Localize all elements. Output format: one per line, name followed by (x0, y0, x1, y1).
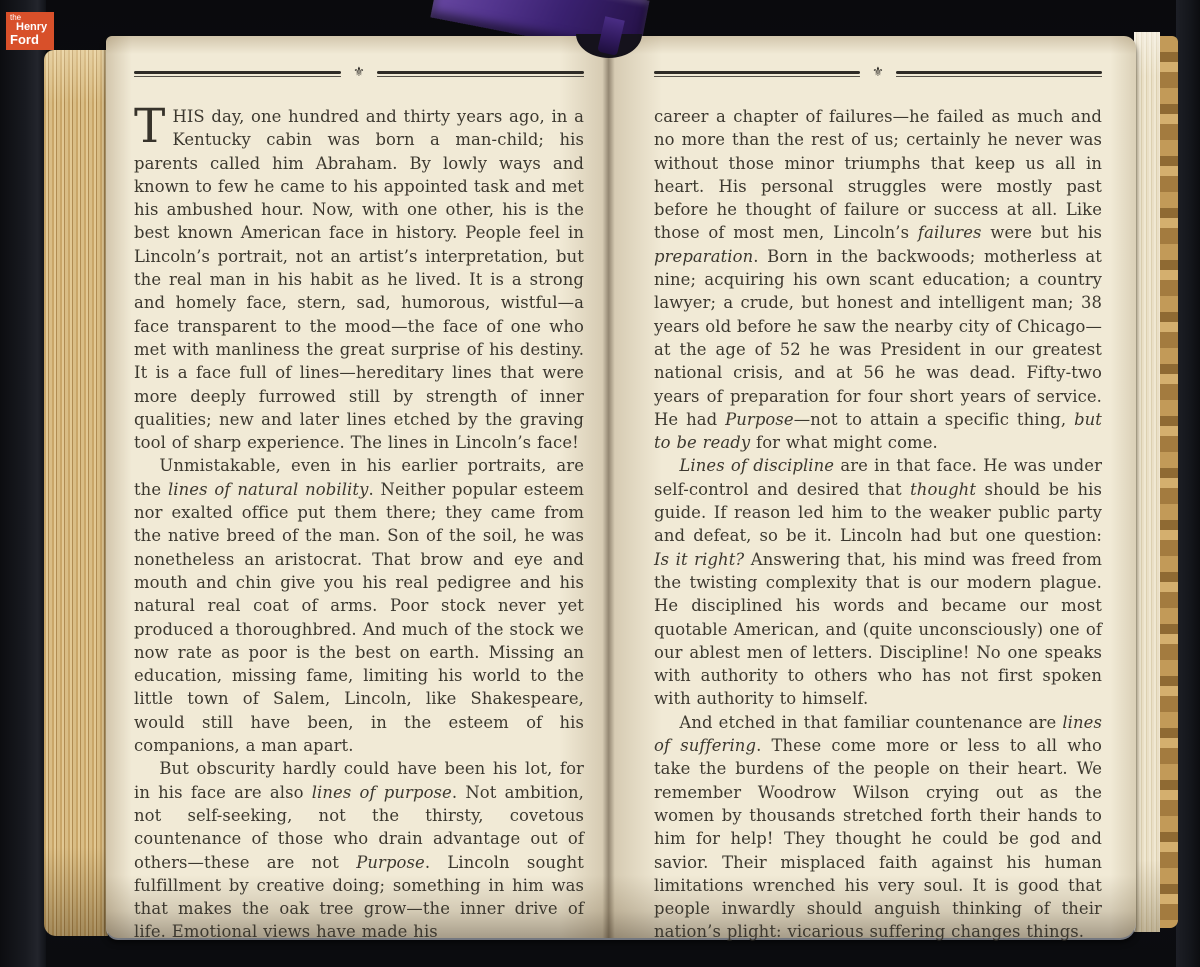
header-rule-right: ⚜ (654, 66, 1102, 81)
henry-ford-logo: the Henry Ford (6, 12, 54, 50)
rule-segment (134, 71, 341, 77)
text-run: . Neither popular esteem nor exalted off… (134, 480, 584, 755)
text-run: HIS day, one hundred and thirty years ag… (134, 107, 584, 452)
italic-phrase: Purpose (356, 853, 425, 872)
fleuron-ornament-icon: ⚜ (860, 66, 896, 81)
italic-phrase: lines of natural nobility (168, 480, 369, 499)
italic-phrase: preparation (654, 247, 753, 266)
page-spread: ⚜ THIS day, one hundred and thirty years… (106, 36, 1136, 938)
text-run: were but his (982, 223, 1102, 242)
paragraph: Unmistakable, even in his earlier portra… (134, 454, 584, 757)
text-run: . Born in the backwoods; motherless at n… (654, 247, 1102, 429)
italic-phrase: Lines of discipline (679, 456, 834, 475)
text-run: for what might come. (750, 433, 938, 452)
rule-segment (377, 71, 584, 77)
page-edges-left (44, 50, 108, 936)
italic-phrase: Is it right? (654, 550, 744, 569)
text-run: And etched in that familiar countenance … (679, 713, 1062, 732)
fleuron-ornament-icon: ⚜ (341, 66, 377, 81)
book-cover-left (0, 0, 46, 967)
paragraph: THIS day, one hundred and thirty years a… (134, 105, 584, 454)
rule-segment (654, 71, 860, 77)
paragraph: career a chapter of failures—he failed a… (654, 105, 1102, 454)
book-cover-right (1176, 0, 1200, 967)
italic-phrase: lines of purpose (312, 783, 452, 802)
page-edges-right (1134, 32, 1160, 932)
left-page-text: THIS day, one hundred and thirty years a… (134, 105, 584, 944)
italic-phrase: thought (910, 480, 976, 499)
logo-text-ford: Ford (10, 33, 54, 46)
paragraph: Lines of discipline are in that face. He… (654, 454, 1102, 710)
italic-phrase: Purpose (725, 410, 794, 429)
right-page-text: career a chapter of failures—he failed a… (654, 105, 1102, 944)
right-page: ⚜ career a chapter of failures—he failed… (654, 36, 1102, 938)
drop-cap: T (134, 105, 172, 146)
text-run: —not to attain a specific thing, (794, 410, 1074, 429)
paragraph: But obscurity hardly could have been his… (134, 757, 584, 943)
header-rule-left: ⚜ (134, 66, 584, 81)
italic-phrase: failures (918, 223, 982, 242)
gilt-page-edge (1160, 36, 1178, 928)
text-run: . These come more or less to all who tak… (654, 736, 1102, 941)
left-page: ⚜ THIS day, one hundred and thirty years… (134, 36, 584, 938)
rule-segment (896, 71, 1102, 77)
text-run: Answering that, his mind was freed from … (654, 550, 1102, 709)
paragraph: And etched in that familiar countenance … (654, 711, 1102, 944)
open-book-photo: ⚜ THIS day, one hundred and thirty years… (0, 0, 1200, 967)
